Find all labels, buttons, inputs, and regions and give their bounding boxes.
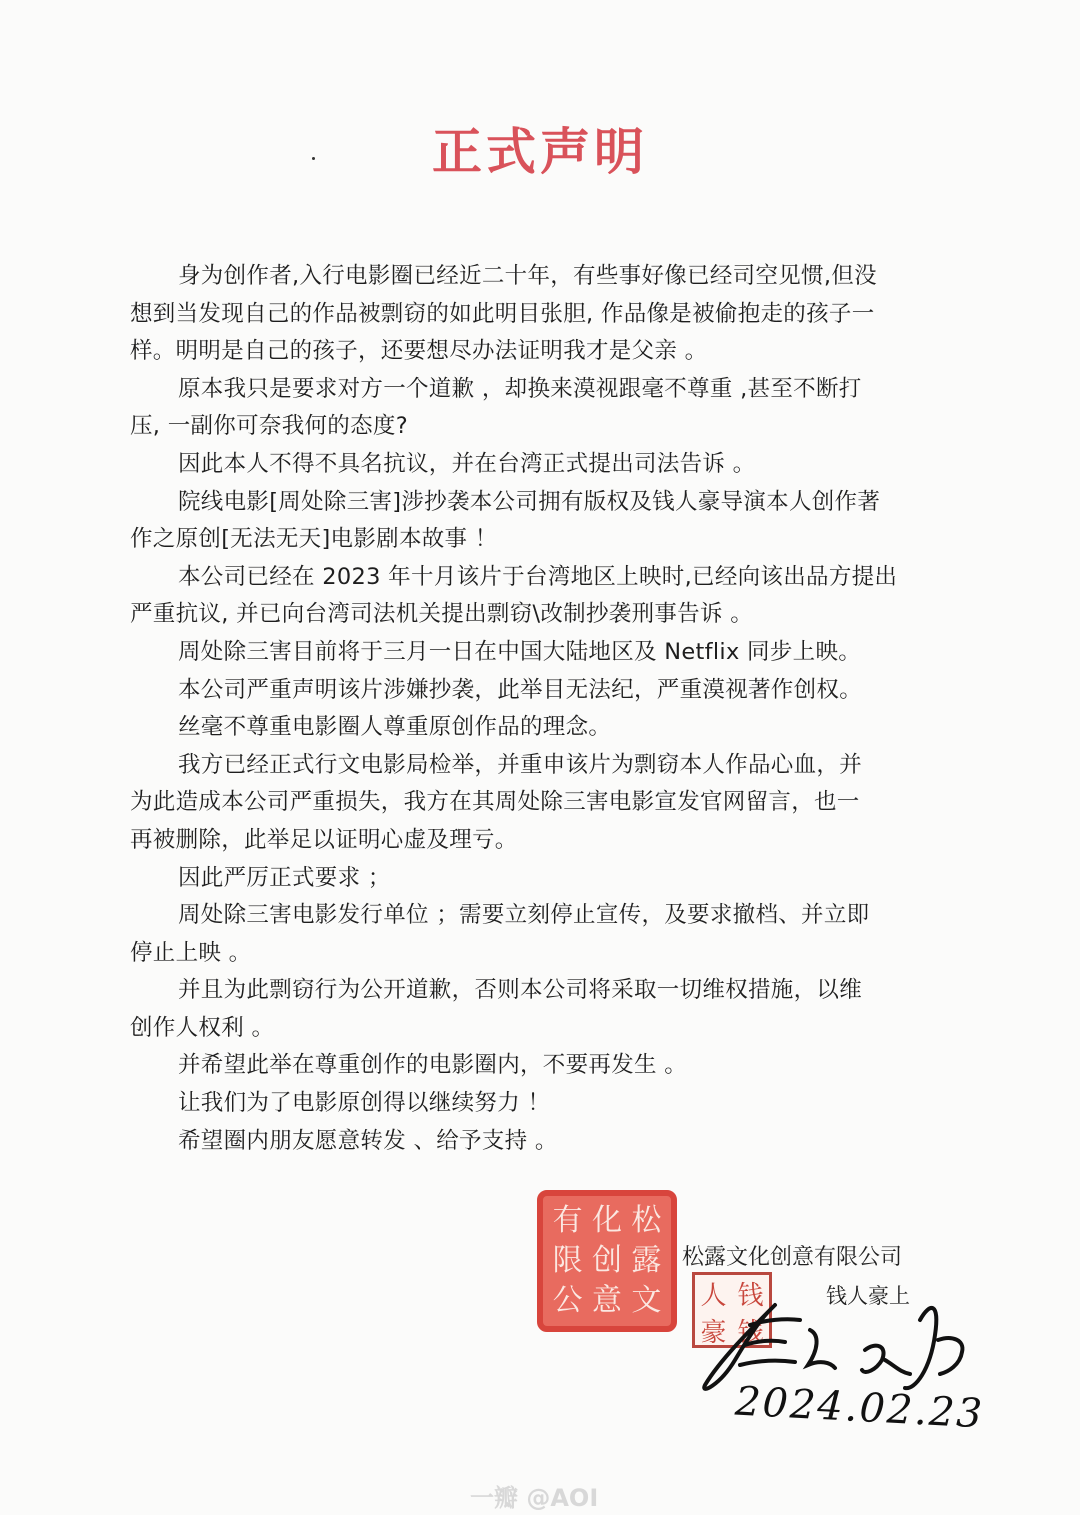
paragraph-line: 作之原创[无法无天]电影剧本故事 ！: [130, 521, 930, 559]
company-name: 松露文化创意有限公司: [682, 1240, 902, 1271]
document-title: 正式声明: [0, 112, 1080, 184]
watermark: 一瓣 @AOI: [470, 1478, 598, 1513]
paragraph-line: 周处除三害目前将于三月一日在中国大陆地区及 Netflix 同步上映。: [130, 634, 930, 672]
paragraph-line: 再被删除，此举足以证明心虚及理亏。: [130, 822, 930, 860]
paragraph: 希望圈内朋友愿意转发 、给予支持 。: [130, 1123, 930, 1161]
paragraph-line: 停止上映 。: [130, 935, 930, 973]
paragraph-line: 样。明明是自己的孩子，还要想尽办法证明我才是父亲 。: [130, 333, 930, 371]
paragraph-line: 我方已经正式行文电影局检举，并重申该片为剽窃本人作品心血，并: [130, 747, 930, 785]
paragraph: 原本我只是要求对方一个道歉 ，却换来漠视跟毫不尊重 ,甚至不断打压, 一副你可奈…: [130, 371, 930, 446]
paragraph-line: 周处除三害电影发行单位 ；需要立刻停止宣传，及要求撤档、并立即: [130, 897, 930, 935]
paragraph-line: 因此本人不得不具名抗议，并在台湾正式提出司法告诉 。: [130, 446, 930, 484]
paragraph: 周处除三害电影发行单位 ；需要立刻停止宣传，及要求撤档、并立即停止上映 。: [130, 897, 930, 972]
paragraph-line: 因此严厉正式要求 ；: [130, 860, 930, 898]
paragraph: 并且为此剽窃行为公开道歉，否则本公司将采取一切维权措施，以维创作人权利 。: [130, 972, 930, 1047]
paragraph: 本公司已经在 2023 年十月该片于台湾地区上映时,已经向该出品方提出严重抗议,…: [130, 559, 930, 634]
paragraph-line: 让我们为了电影原创得以继续努力 ！: [130, 1085, 930, 1123]
paragraph-line: 并且为此剽窃行为公开道歉，否则本公司将采取一切维权措施，以维: [130, 972, 930, 1010]
paragraph-line: 身为创作者,入行电影圈已经近二十年，有些事好像已经司空见惯,但没: [130, 258, 930, 296]
paragraph: 周处除三害目前将于三月一日在中国大陆地区及 Netflix 同步上映。: [130, 634, 930, 672]
paragraph-line: 院线电影[周处除三害]涉抄袭本公司拥有版权及钱人豪导演本人创作著: [130, 484, 930, 522]
paragraph: 院线电影[周处除三害]涉抄袭本公司拥有版权及钱人豪导演本人创作著作之原创[无法无…: [130, 484, 930, 559]
speck: [312, 157, 315, 160]
paragraph-line: 本公司严重声明该片涉嫌抄袭，此举目无法纪，严重漠视著作创权。: [130, 672, 930, 710]
paragraph: 我方已经正式行文电影局检举，并重申该片为剽窃本人作品心血，并为此造成本公司严重损…: [130, 747, 930, 860]
paragraph-line: 并希望此举在尊重创作的电影圈内，不要再发生 。: [130, 1047, 930, 1085]
paragraph: 身为创作者,入行电影圈已经近二十年，有些事好像已经司空见惯,但没想到当发现自己的…: [130, 258, 930, 371]
document-body: 身为创作者,入行电影圈已经近二十年，有些事好像已经司空见惯,但没想到当发现自己的…: [130, 258, 930, 1160]
paragraph-line: 创作人权利 。: [130, 1010, 930, 1048]
company-seal: 有 化 松 限 创 露 公 意 文: [537, 1190, 677, 1332]
paragraph: 因此本人不得不具名抗议，并在台湾正式提出司法告诉 。: [130, 446, 930, 484]
paragraph-line: 原本我只是要求对方一个道歉 ，却换来漠视跟毫不尊重 ,甚至不断打: [130, 371, 930, 409]
paragraph-line: 丝毫不尊重电影圈人尊重原创作品的理念。: [130, 709, 930, 747]
paragraph-line: 为此造成本公司严重损失，我方在其周处除三害电影宣发官网留言，也一: [130, 784, 930, 822]
paragraph-line: 想到当发现自己的作品被剽窃的如此明目张胆, 作品像是被偷抱走的孩子一: [130, 296, 930, 334]
paragraph: 本公司严重声明该片涉嫌抄袭，此举目无法纪，严重漠视著作创权。: [130, 672, 930, 710]
paragraph-line: 本公司已经在 2023 年十月该片于台湾地区上映时,已经向该出品方提出: [130, 559, 930, 597]
paragraph: 并希望此举在尊重创作的电影圈内，不要再发生 。: [130, 1047, 930, 1085]
paragraph-line: 严重抗议, 并已向台湾司法机关提出剽窃\改制抄袭刑事告诉 。: [130, 596, 930, 634]
paragraph: 因此严厉正式要求 ；: [130, 860, 930, 898]
paragraph: 让我们为了电影原创得以继续努力 ！: [130, 1085, 930, 1123]
paragraph-line: 希望圈内朋友愿意转发 、给予支持 。: [130, 1123, 930, 1161]
paragraph-line: 压, 一副你可奈我何的态度?: [130, 408, 930, 446]
paragraph: 丝毫不尊重电影圈人尊重原创作品的理念。: [130, 709, 930, 747]
